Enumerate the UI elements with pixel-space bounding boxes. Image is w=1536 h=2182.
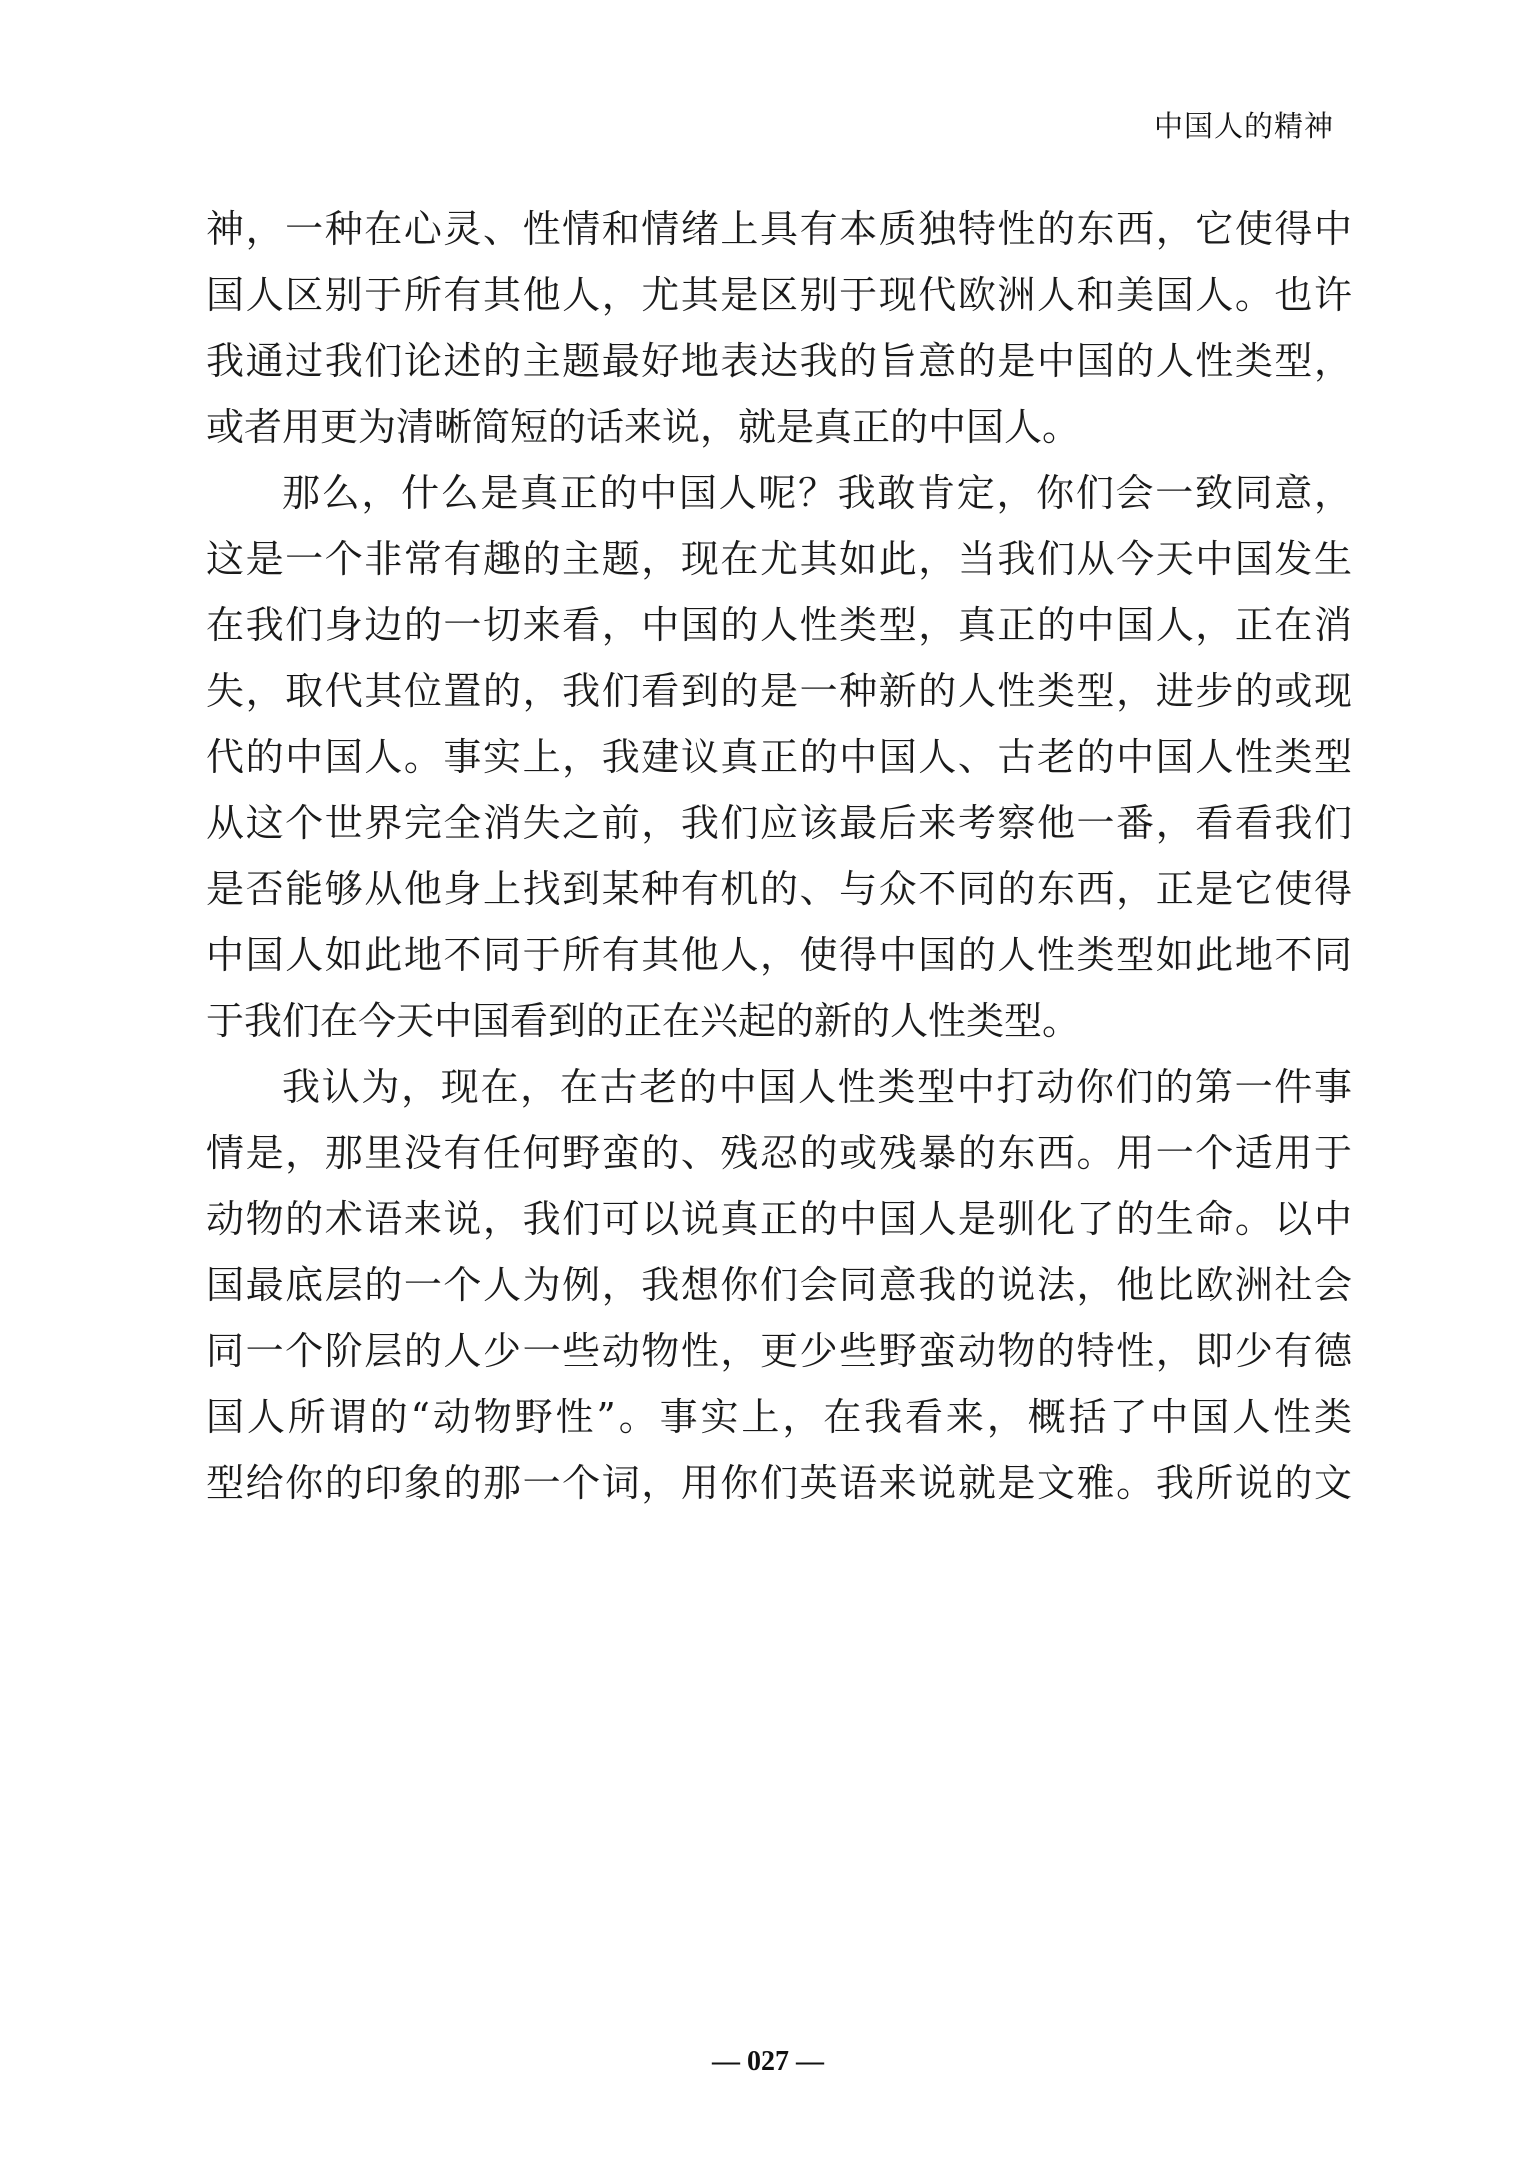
text-line: 或者用更为清晰简短的话来说，就是真正的中国人。 [206, 394, 1352, 460]
text-line: 型给你的印象的那一个词，用你们英语来说就是文雅。我所说的文 [206, 1450, 1352, 1516]
text-line: 我通过我们论述的主题最好地表达我的旨意的是中国的人性类型， [206, 328, 1352, 394]
text-line: 这是一个非常有趣的主题，现在尤其如此，当我们从今天中国发生 [206, 526, 1352, 592]
text-line: 我认为，现在，在古老的中国人性类型中打动你们的第一件事 [206, 1054, 1352, 1120]
text-line: 国人区别于所有其他人，尤其是区别于现代欧洲人和美国人。也许 [206, 262, 1352, 328]
text-line: 在我们身边的一切来看，中国的人性类型，真正的中国人，正在消 [206, 592, 1352, 658]
text-line: 是否能够从他身上找到某种有机的、与众不同的东西，正是它使得 [206, 856, 1352, 922]
text-line: 代的中国人。事实上，我建议真正的中国人、古老的中国人性类型 [206, 724, 1352, 790]
paragraph: 我认为，现在，在古老的中国人性类型中打动你们的第一件事 情是，那里没有任何野蛮的… [206, 1054, 1352, 1516]
text-line: 同一个阶层的人少一些动物性，更少些野蛮动物的特性，即少有德 [206, 1318, 1352, 1384]
text-line: 于我们在今天中国看到的正在兴起的新的人性类型。 [206, 988, 1352, 1054]
running-header-title: 中国人的精神 [1154, 104, 1334, 145]
body-text: 神，一种在心灵、性情和情绪上具有本质独特性的东西，它使得中 国人区别于所有其他人… [206, 196, 1352, 1516]
text-line: 失，取代其位置的，我们看到的是一种新的人性类型，进步的或现 [206, 658, 1352, 724]
text-line: 神，一种在心灵、性情和情绪上具有本质独特性的东西，它使得中 [206, 196, 1352, 262]
page-number: — 027 — [0, 2046, 1536, 2078]
text-line: 情是，那里没有任何野蛮的、残忍的或残暴的东西。用一个适用于 [206, 1120, 1352, 1186]
text-line: 国人所谓的“动物野性”。事实上，在我看来，概括了中国人性类 [206, 1384, 1352, 1450]
paragraph: 神，一种在心灵、性情和情绪上具有本质独特性的东西，它使得中 国人区别于所有其他人… [206, 196, 1352, 460]
text-line: 动物的术语来说，我们可以说真正的中国人是驯化了的生命。以中 [206, 1186, 1352, 1252]
text-line: 从这个世界完全消失之前，我们应该最后来考察他一番，看看我们 [206, 790, 1352, 856]
text-line: 中国人如此地不同于所有其他人，使得中国的人性类型如此地不同 [206, 922, 1352, 988]
text-line: 那么，什么是真正的中国人呢？我敢肯定，你们会一致同意， [206, 460, 1352, 526]
paragraph: 那么，什么是真正的中国人呢？我敢肯定，你们会一致同意， 这是一个非常有趣的主题，… [206, 460, 1352, 1054]
text-line: 国最底层的一个人为例，我想你们会同意我的说法，他比欧洲社会 [206, 1252, 1352, 1318]
